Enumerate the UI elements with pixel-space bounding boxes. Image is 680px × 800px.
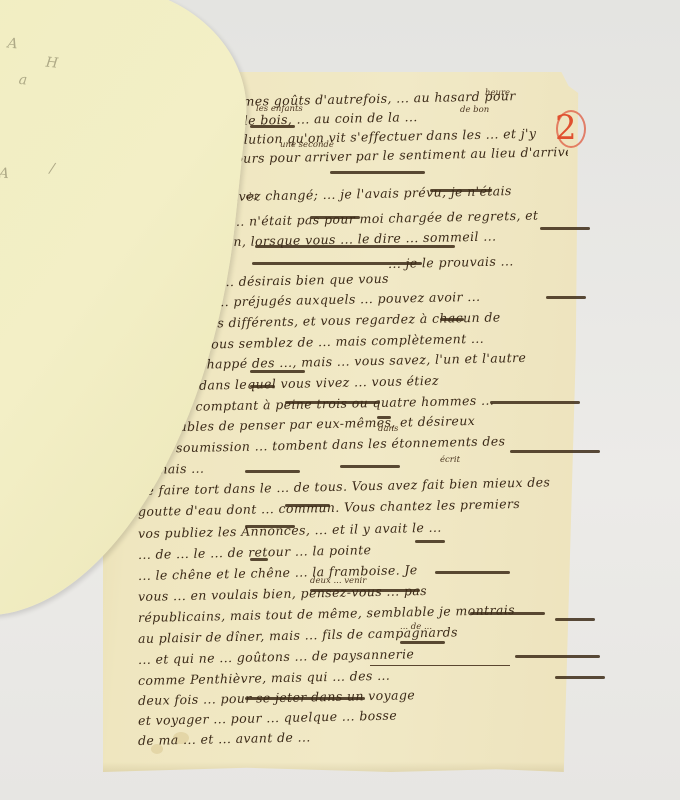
- cancellation-stroke: [250, 125, 295, 128]
- cancellation-stroke: [252, 262, 422, 265]
- cancellation-stroke: [440, 318, 464, 321]
- cancellation-stroke: [490, 401, 580, 404]
- faint-mark: H: [45, 55, 59, 72]
- cancellation-stroke: [250, 385, 275, 388]
- faint-mark: a: [18, 72, 28, 89]
- cancellation-stroke: [245, 697, 365, 700]
- faint-mark: A: [7, 35, 19, 52]
- cancellation-stroke: [430, 189, 492, 192]
- separator-rule: [370, 665, 510, 666]
- cancellation-stroke: [340, 465, 400, 468]
- cancellation-stroke: [540, 227, 590, 230]
- cancellation-stroke: [250, 558, 268, 561]
- cancellation-stroke: [400, 641, 445, 644]
- cancellation-stroke: [555, 618, 595, 621]
- cancellation-stroke: [285, 504, 330, 507]
- interlinear-note: deux ... venir: [310, 576, 366, 586]
- cancellation-stroke: [377, 416, 391, 419]
- cancellation-stroke: [245, 470, 300, 473]
- cancellation-stroke: [515, 655, 600, 658]
- faint-mark: A: [0, 165, 10, 182]
- interlinear-note: une seconde: [280, 140, 334, 150]
- cancellation-stroke: [310, 589, 420, 592]
- cancellation-stroke: [330, 171, 425, 174]
- interlinear-note: ... de ...: [400, 622, 432, 632]
- interlinear-note: de bon: [460, 105, 489, 115]
- cancellation-stroke: [250, 370, 305, 373]
- cancellation-stroke: [555, 676, 605, 679]
- cancellation-stroke: [510, 450, 600, 453]
- cancellation-stroke: [546, 296, 586, 299]
- cancellation-stroke: [435, 571, 510, 574]
- interlinear-note: du: [246, 192, 257, 202]
- interlinear-note: les enfants: [256, 104, 303, 114]
- cancellation-stroke: [245, 525, 295, 528]
- interlinear-note: dans: [378, 424, 398, 434]
- cancellation-stroke: [415, 540, 445, 543]
- cancellation-stroke: [255, 245, 455, 248]
- interlinear-note: heure: [485, 88, 510, 98]
- faint-mark: /: [49, 161, 55, 177]
- cancellation-stroke: [470, 612, 545, 615]
- interlinear-note: écrit: [440, 455, 460, 465]
- cancellation-stroke: [310, 216, 360, 219]
- cancellation-stroke: [285, 401, 380, 404]
